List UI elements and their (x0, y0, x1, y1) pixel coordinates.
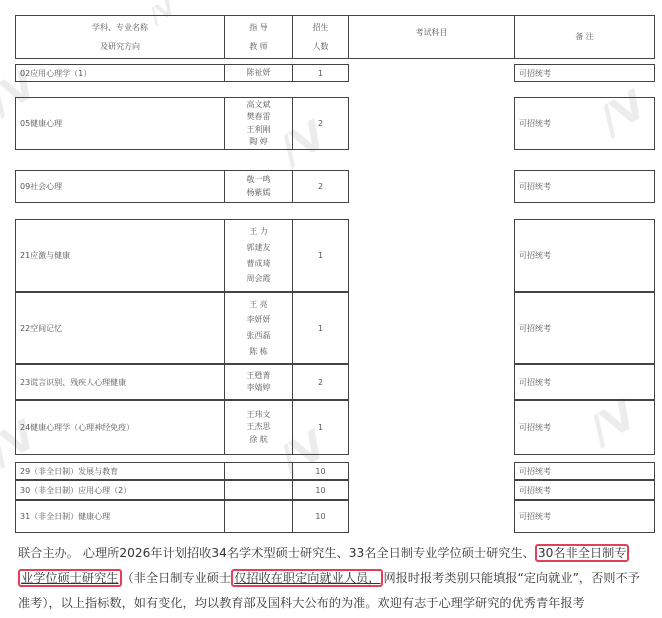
cell-exam (348, 219, 515, 292)
cell-enrollment: 1 (292, 400, 349, 455)
header-note: 备 注 (514, 15, 655, 59)
cell-enrollment: 2 (292, 364, 349, 400)
teacher-name: 樊春雷 (247, 111, 271, 123)
cell-teachers (224, 462, 293, 480)
cell-enrollment: 1 (292, 292, 349, 364)
teacher-name: 曹成琦 (247, 256, 271, 272)
cell-direction: 09社会心理 (15, 170, 225, 203)
teacher-name: 敬一鸣 (247, 174, 271, 186)
teacher-name: 高文斌 (247, 99, 271, 111)
teacher-name: 王 力 (249, 224, 268, 240)
cell-direction: 05健康心理 (15, 97, 225, 150)
header-name-line1: 学科、专业名称 (92, 18, 148, 37)
teacher-name: 李婧婷 (247, 382, 271, 394)
notice-paragraph: 联合主办。 心理所2026年计划招收34名学术型硕士研究生、33名全日制专业学位… (18, 541, 648, 616)
header-teacher: 指 导 教 师 (224, 15, 293, 59)
header-name-line2: 及研究方向 (100, 37, 140, 56)
cell-note: 可招统考 (514, 462, 655, 480)
cell-teachers (224, 480, 293, 500)
header-teacher-line2: 教 师 (249, 37, 268, 56)
cell-exam (348, 364, 515, 400)
cell-exam (348, 462, 515, 480)
highlight-part-time-type: 业学位硕士研究生 (18, 569, 122, 587)
cell-enrollment: 2 (292, 97, 349, 150)
cell-direction: 24健康心理学（心理神经免疫） (15, 400, 225, 455)
header-num-line2: 人数 (313, 37, 329, 56)
cell-enrollment: 2 (292, 170, 349, 203)
cell-teachers: 王 力郭建友曹成琦周会霞 (224, 219, 293, 292)
cell-enrollment: 10 (292, 462, 349, 480)
cell-direction: 29（非全日制）发展与教育 (15, 462, 225, 480)
cell-enrollment: 1 (292, 64, 349, 82)
header-num: 招生 人数 (292, 15, 349, 59)
cell-exam (348, 64, 515, 82)
teacher-name: 张西磊 (247, 328, 271, 344)
teacher-name: 李妍妍 (247, 312, 271, 328)
teacher-name: 王玮文 (247, 409, 271, 421)
cell-direction: 31（非全日制）健康心理 (15, 500, 225, 533)
header-teacher-line1: 指 导 (249, 18, 268, 37)
cell-note: 可招统考 (514, 219, 655, 292)
cell-note: 可招统考 (514, 480, 655, 500)
header-exam: 考试科目 (348, 15, 515, 59)
cell-note: 可招统考 (514, 97, 655, 150)
teacher-name: 陈祉妍 (247, 67, 271, 79)
teacher-name: 徐 航 (249, 434, 268, 446)
cell-note: 可招统考 (514, 364, 655, 400)
cell-teachers (224, 500, 293, 533)
notice-text-1: 联合主办。 心理所2026年计划招收34名学术型硕士研究生、33名全日制专业学位… (18, 546, 535, 560)
header-note-label: 备 注 (575, 27, 594, 46)
cell-enrollment: 1 (292, 219, 349, 292)
cell-exam (348, 480, 515, 500)
teacher-name: 陈 栋 (249, 344, 268, 360)
cell-teachers: 敬一鸣杨紫嫣 (224, 170, 293, 203)
cell-exam (348, 400, 515, 455)
cell-teachers: 王甦菁李婧婷 (224, 364, 293, 400)
teacher-name: 郭建友 (247, 240, 271, 256)
cell-exam (348, 97, 515, 150)
teacher-name: 周会霞 (247, 271, 271, 287)
cell-exam (348, 292, 515, 364)
cell-exam (348, 170, 515, 203)
cell-direction: 23谎言识别、残疾人心理健康 (15, 364, 225, 400)
cell-direction: 02应用心理学（1） (15, 64, 225, 82)
teacher-name: 王甦菁 (247, 370, 271, 382)
teacher-name: 王杰思 (247, 421, 271, 433)
cell-teachers: 王 亮李妍妍张西磊陈 栋 (224, 292, 293, 364)
cell-teachers: 王玮文王杰思徐 航 (224, 400, 293, 455)
notice-text-2: （非全日制专业硕士 (122, 571, 232, 585)
header-num-line1: 招生 (313, 18, 329, 37)
cell-enrollment: 10 (292, 480, 349, 500)
teacher-name: 陶 婷 (249, 136, 268, 148)
cell-note: 可招统考 (514, 64, 655, 82)
teacher-name: 王利刚 (247, 124, 271, 136)
header-name: 学科、专业名称 及研究方向 (15, 15, 225, 59)
cell-note: 可招统考 (514, 500, 655, 533)
cell-teachers: 高文斌樊春雷王利刚陶 婷 (224, 97, 293, 150)
cell-direction: 21应激与健康 (15, 219, 225, 292)
teacher-name: 杨紫嫣 (247, 187, 271, 199)
teacher-name: 王 亮 (249, 297, 268, 313)
cell-exam (348, 500, 515, 533)
cell-direction: 22空间记忆 (15, 292, 225, 364)
header-exam-label: 考试科目 (416, 23, 448, 42)
highlight-in-service-only: 仅招收在职定向就业人员， (231, 569, 383, 587)
cell-enrollment: 10 (292, 500, 349, 533)
cell-note: 可招统考 (514, 400, 655, 455)
cell-direction: 30（非全日制）应用心理（2） (15, 480, 225, 500)
highlight-part-time-count: 30名非全日制专 (535, 544, 630, 562)
cell-note: 可招统考 (514, 292, 655, 364)
cell-note: 可招统考 (514, 170, 655, 203)
cell-teachers: 陈祉妍 (224, 64, 293, 82)
